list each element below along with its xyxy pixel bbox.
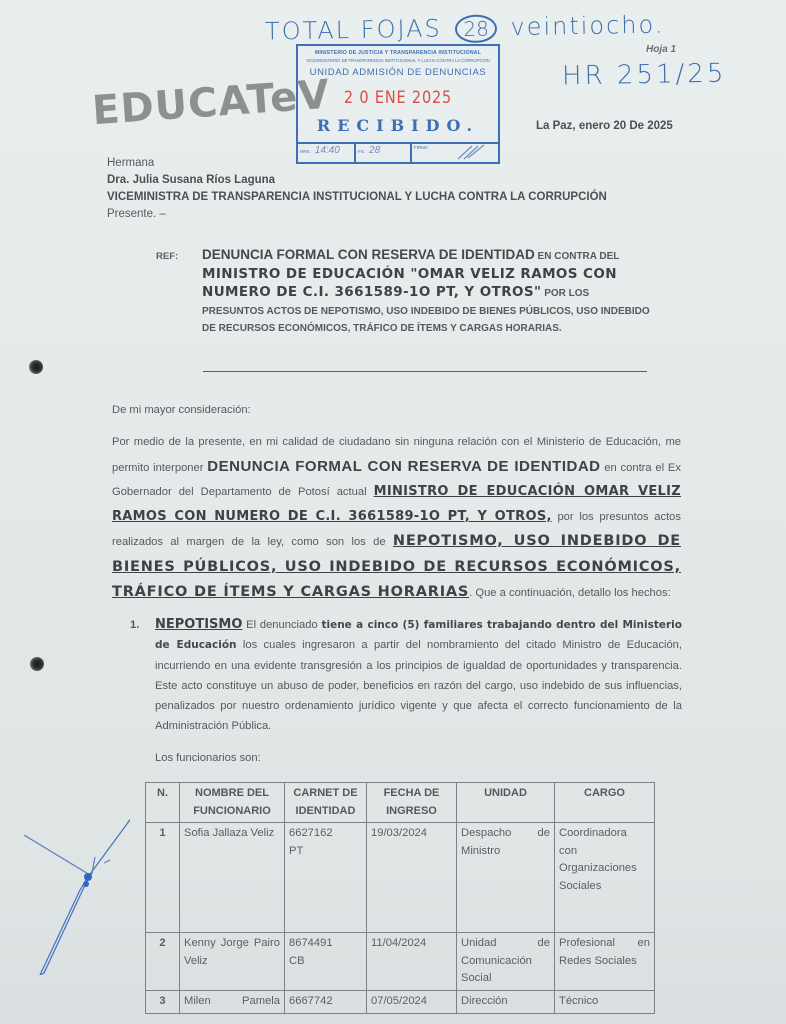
stamp-date: 2 0 ENE 2025 [313, 88, 483, 108]
col-header-fecha: FECHA DE INGRESO [367, 783, 457, 823]
recipient-role: VICEMINISTRA DE TRANSPARENCIA INSTITUCIO… [107, 189, 607, 206]
stamp-status: RECIBIDO. [298, 116, 498, 135]
col-header-cargo: CARGO [555, 783, 655, 823]
page-number: Hoja 1 [646, 44, 676, 55]
salutation: De mi mayor consideración: [112, 404, 251, 416]
table-header-row: N. NOMBRE DEL FUNCIONARIO CARNET DE IDEN… [146, 783, 655, 823]
ref-part2: EN CONTRA DEL [535, 251, 619, 262]
list-item-number: 1. [130, 615, 139, 635]
paragraph-intro: Por medio de la presente, en mi calidad … [112, 430, 681, 606]
ref-label: REF: [156, 251, 178, 262]
ref-divider [203, 371, 647, 372]
punch-hole-icon [30, 657, 44, 671]
handwritten-hoja-de-ruta: HR 251/25 [562, 59, 727, 92]
officials-table: N. NOMBRE DEL FUNCIONARIO CARNET DE IDEN… [145, 782, 655, 1014]
place-date: La Paz, enero 20 De 2025 [536, 120, 673, 132]
table-row: 2 Kenny Jorge Pairo Veliz 8674491 CB 11/… [146, 933, 655, 991]
funcionarios-intro: Los funcionarios son: [155, 752, 261, 764]
ref-part1: DENUNCIA FORMAL CON RESERVA DE IDENTIDAD [202, 247, 535, 262]
recipient-title: Hermana [107, 155, 607, 172]
col-header-n: N. [146, 783, 180, 823]
total-fojas-number: 28 [455, 14, 497, 43]
ref-subject: DENUNCIA FORMAL CON RESERVA DE IDENTIDAD… [202, 246, 650, 338]
table-row: 1 Sofia Jallaza Veliz 6627162 PT 19/03/2… [146, 823, 655, 933]
list-item-keyword: NEPOTISMO [155, 617, 242, 632]
punch-hole-icon [29, 360, 43, 374]
col-header-nombre: NOMBRE DEL FUNCIONARIO [180, 783, 285, 823]
stamp-ministry: MINISTERIO DE JUSTICIA Y TRANSPARENCIA I… [298, 50, 498, 56]
total-fojas-words: veintiocho. [510, 11, 664, 42]
recipient-block: Hermana Dra. Julia Susana Ríos Laguna VI… [107, 155, 607, 223]
recipient-presente: Presente. – [107, 206, 607, 223]
table-row: 3 Milen Pamela 6667742 07/05/2024 Direcc… [146, 991, 655, 1014]
stamp-viceministry: VICEMINISTERIO DE TRANSPARENCIA INSTITUC… [298, 58, 498, 63]
total-fojas-prefix: TOTAL FOJAS [265, 14, 442, 45]
col-header-carnet: CARNET DE IDENTIDAD [285, 783, 367, 823]
recipient-name: Dra. Julia Susana Ríos Laguna [107, 172, 607, 189]
list-item-nepotismo: 1. NEPOTISMO El denunciado tiene a cinco… [130, 615, 682, 737]
signature-icon [10, 815, 130, 975]
col-header-unidad: UNIDAD [457, 783, 555, 823]
handwritten-total-fojas: TOTAL FOJAS 28 veintiocho. [265, 11, 665, 47]
